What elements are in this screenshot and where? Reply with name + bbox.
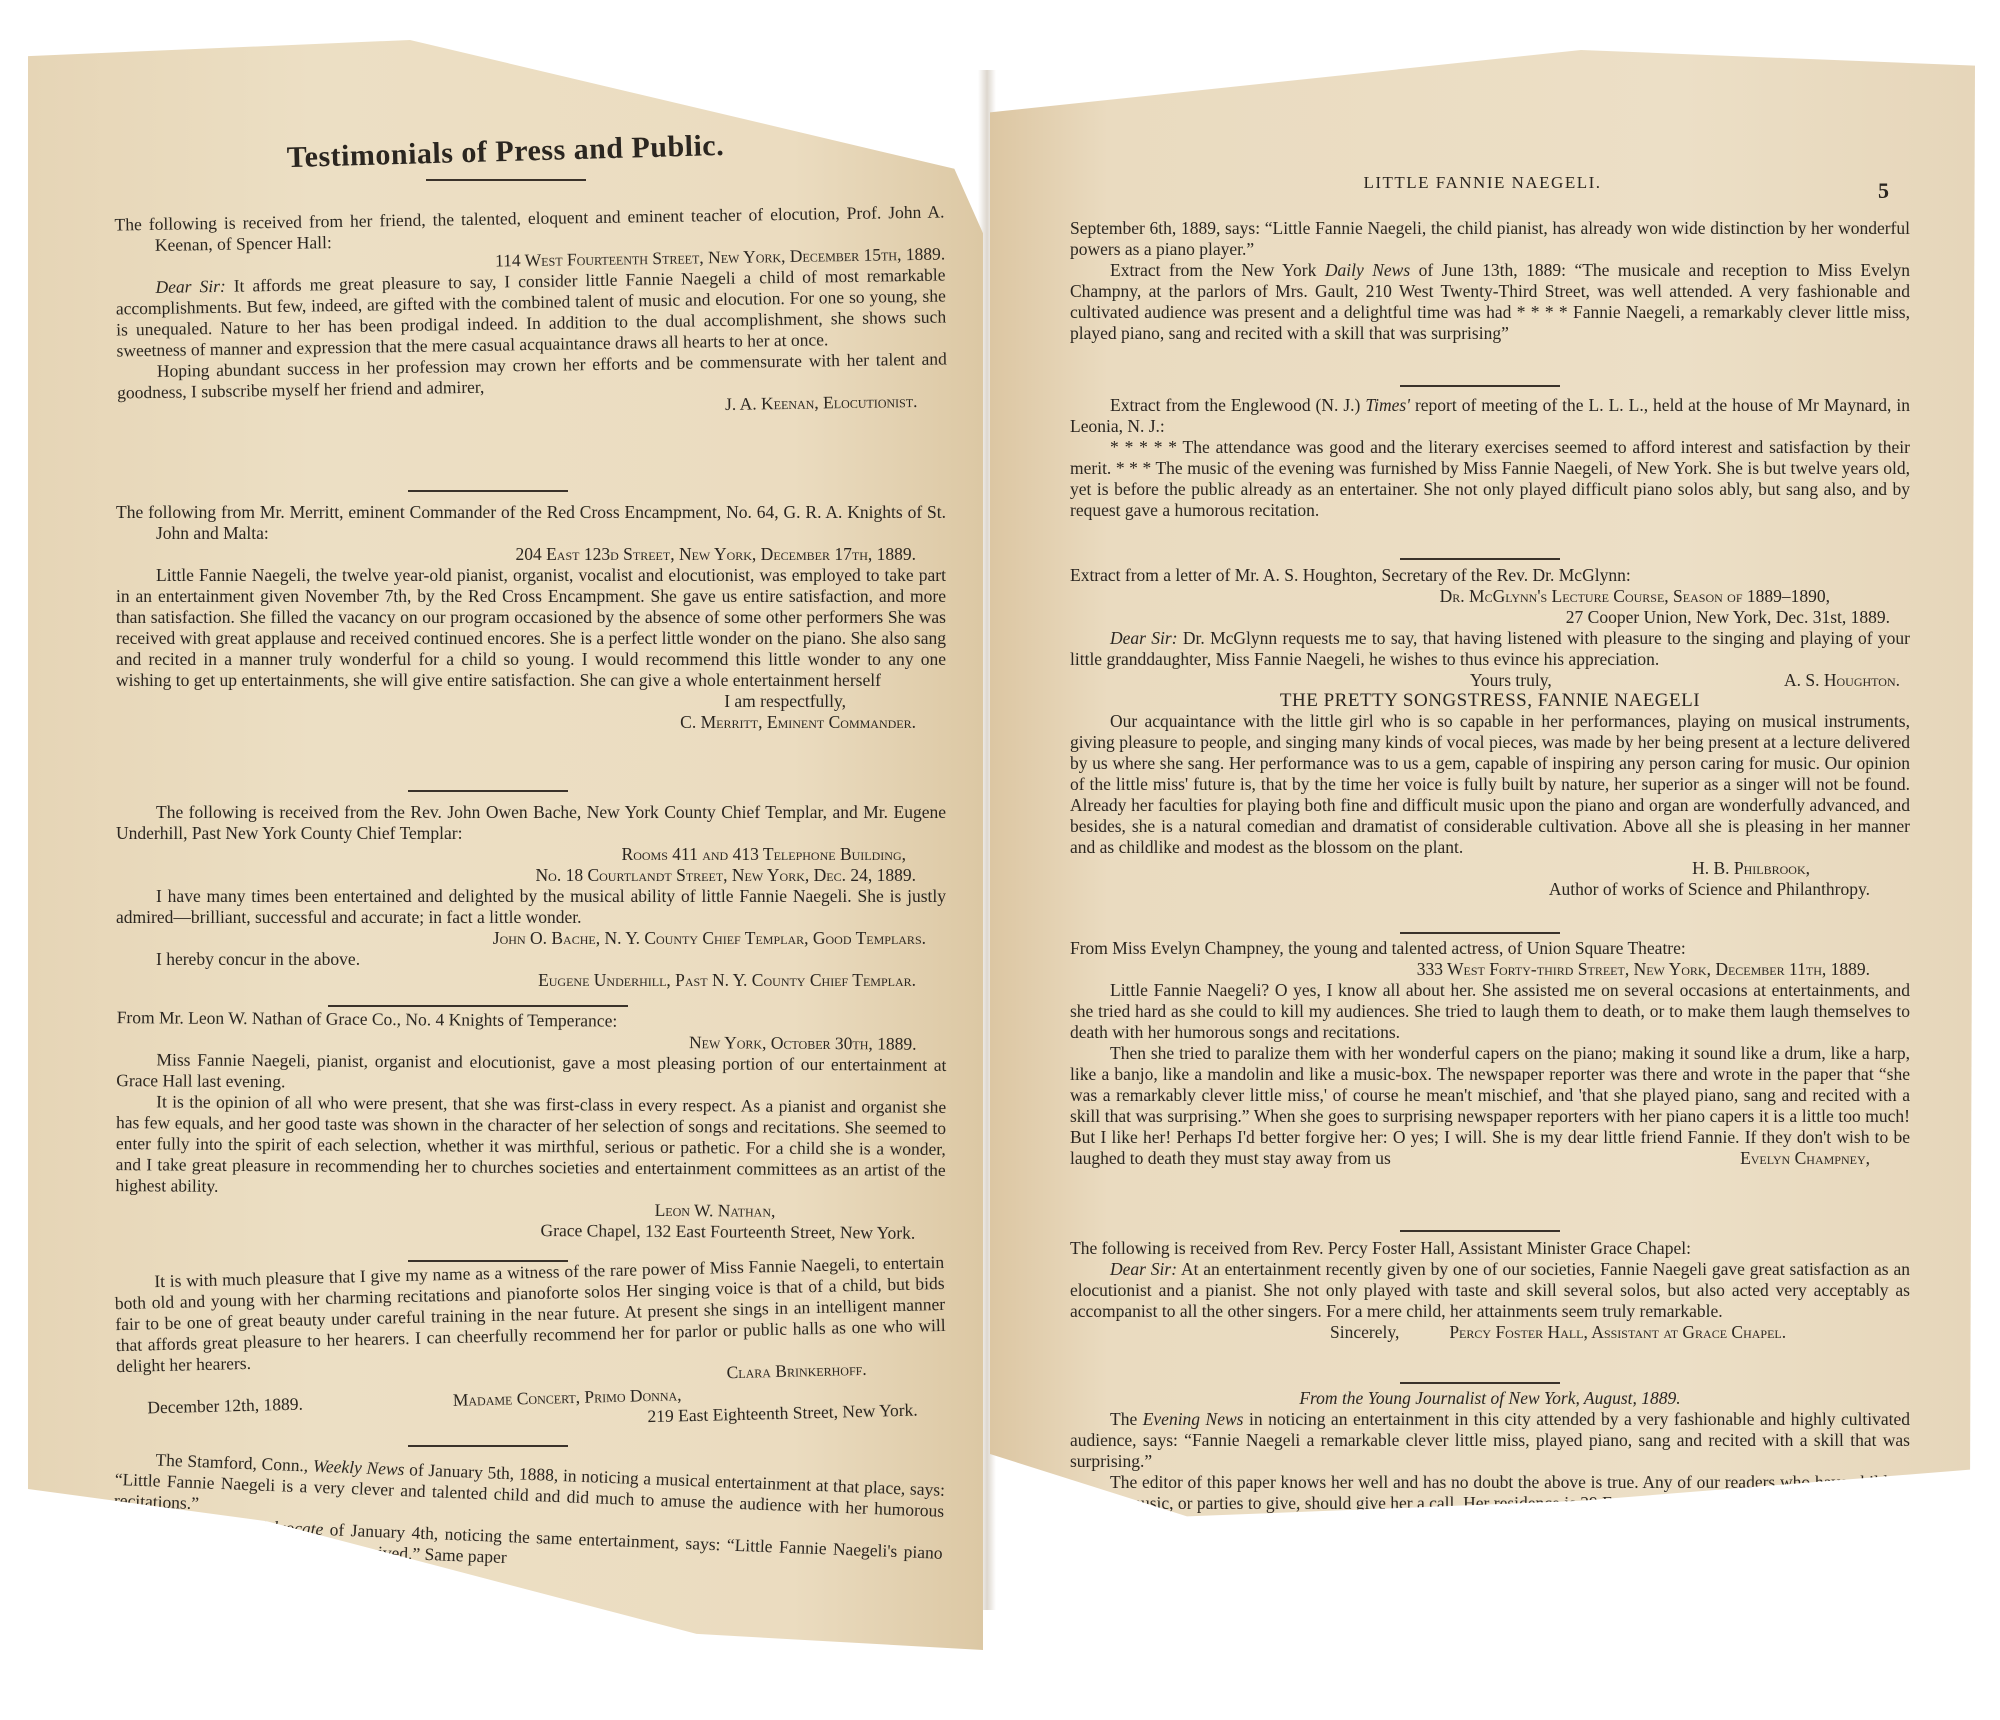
newspaper-name: Weekly News	[313, 1456, 405, 1479]
testimonial-body: Miss Fannie Naegeli, pianist, organist a…	[116, 1049, 946, 1097]
article-body: The	[1110, 1409, 1137, 1429]
divider	[1400, 558, 1560, 560]
testimonial-body: September 6th, 1889, says: “Little Fanni…	[1070, 218, 1910, 260]
article-body: Our acquaintance with the little girl wh…	[1070, 711, 1910, 858]
article-heading: From the Young Journalist of New York, A…	[1070, 1388, 1910, 1409]
closing: Yours truly,	[1470, 670, 1552, 690]
running-head: LITTLE FANNIE NAEGELI.	[990, 173, 1975, 193]
testimonial-champney: From Miss Evelyn Champney, the young and…	[1070, 938, 1910, 1169]
signature: Percy Foster Hall, Assistant at Grace Ch…	[1449, 1322, 1786, 1342]
article-heading: THE PRETTY SONGSTRESS, FANNIE NAEGELI	[1070, 690, 1910, 711]
testimonial-address: 27 Cooper Union, New York, Dec. 31st, 18…	[1070, 607, 1910, 628]
testimonial-nathan: From Mr. Leon W. Nathan of Grace Co., No…	[115, 1007, 947, 1244]
signature-address: Grace Chapel, 132 East Fourteenth Street…	[115, 1217, 945, 1244]
testimonial-keenan: The following is received from her frien…	[114, 201, 947, 424]
divider	[328, 1005, 628, 1007]
testimonial-intro: The following is received from the Rev. …	[116, 802, 946, 844]
divider	[408, 790, 568, 792]
right-page: LITTLE FANNIE NAEGELI. 5 September 6th, …	[990, 50, 1975, 1610]
testimonial-body: Little Fannie Naegeli, the twelve year-o…	[116, 565, 946, 691]
article-young-journalist: From the Young Journalist of New York, A…	[1070, 1388, 1910, 1514]
signature: A. S. Houghton.	[1784, 670, 1910, 691]
left-page: Testimonials of Press and Public. The fo…	[28, 40, 983, 1650]
salutation: Dear Sir:	[1110, 1259, 1177, 1279]
testimonial-bache: The following is received from the Rev. …	[116, 802, 946, 991]
testimonial-body: * * * * * The attendance was good and th…	[1070, 437, 1910, 521]
closing: Sincerely,	[1330, 1322, 1399, 1342]
testimonial-address: 204 East 123d Street, New York, December…	[116, 544, 946, 565]
testimonial-intro: The following from Mr. Merritt, eminent …	[116, 502, 946, 544]
testimonial-intro: The following is received from Rev. Perc…	[1070, 1238, 1910, 1259]
testimonial-body: It affords me great pleasure to say, I c…	[116, 264, 947, 360]
divider	[1400, 385, 1560, 387]
page-number: 5	[1878, 178, 1889, 204]
page-title: Testimonials of Press and Public.	[28, 122, 984, 183]
testimonial-daily-news: September 6th, 1889, says: “Little Fanni…	[1070, 218, 1910, 344]
divider	[408, 490, 568, 492]
testimonial-body: It is with much pleasure that I give my …	[114, 1252, 946, 1377]
testimonial-merritt: The following from Mr. Merritt, eminent …	[116, 502, 946, 733]
testimonial-body: Dr. McGlynn requests me to say, that hav…	[1070, 628, 1910, 669]
testimonial-houghton: Extract from a letter of Mr. A. S. Hough…	[1070, 565, 1910, 691]
testimonial-englewood: Extract from the Englewood (N. J.) Times…	[1070, 395, 1910, 521]
signature: C. Merritt, Eminent Commander.	[116, 712, 946, 733]
newspaper-name: Advocate	[258, 1517, 324, 1539]
signature-title: Author of works of Science and Philanthr…	[1070, 879, 1910, 900]
signature: Eugene Underhill, Past N. Y. County Chie…	[116, 970, 946, 991]
testimonial-address: 333 West Forty-third Street, New York, D…	[1070, 959, 1910, 980]
article-pretty-songstress: THE PRETTY SONGSTRESS, FANNIE NAEGELI Ou…	[1070, 690, 1910, 900]
testimonial-body: The Stamford	[153, 1512, 252, 1536]
testimonial-address: No. 18 Courtlandt Street, New York, Dec.…	[116, 865, 946, 886]
testimonial-intro: Extract from the Englewood (N. J.)	[1110, 395, 1360, 415]
testimonial-date: December 12th, 1889.	[147, 1394, 303, 1418]
signature: John O. Bache, N. Y. County Chief Templa…	[116, 928, 946, 949]
page-title-block: Testimonials of Press and Public.	[28, 135, 983, 195]
divider	[1400, 932, 1560, 934]
testimonial-body: I have many times been entertained and d…	[116, 886, 946, 928]
divider	[426, 179, 586, 181]
testimonial-hall: The following is received from Rev. Perc…	[1070, 1238, 1910, 1343]
testimonial-body: Little Fannie Naegeli? O yes, I know all…	[1070, 980, 1910, 1043]
testimonial-body: I hereby concur in the above.	[116, 949, 946, 970]
testimonial-stamford: The Stamford, Conn., Weekly News of Janu…	[112, 1448, 945, 1585]
article-body: The editor of this paper knows her well …	[1070, 1472, 1910, 1514]
testimonial-address: Rooms 411 and 413 Telephone Building,	[116, 844, 946, 865]
newspaper-name: Daily News	[1325, 260, 1410, 280]
testimonial-intro: From Miss Evelyn Champney, the young and…	[1070, 938, 1910, 959]
testimonial-address: Dr. McGlynn's Lecture Course, Season of …	[1070, 586, 1910, 607]
testimonial-intro: Extract from a letter of Mr. A. S. Hough…	[1070, 565, 1910, 586]
testimonial-body: It is the opinion of all who were presen…	[115, 1091, 946, 1202]
salutation: Dear Sir:	[155, 276, 226, 297]
closing: I am respectfully,	[116, 691, 946, 712]
divider	[1400, 1382, 1560, 1384]
salutation: Dear Sir:	[1110, 628, 1178, 648]
testimonial-brinkerhoff: It is with much pleasure that I give my …	[114, 1252, 948, 1440]
testimonial-body: Extract from the New York	[1110, 260, 1316, 280]
divider	[408, 1445, 568, 1447]
testimonial-body: At an entertainment recently given by on…	[1070, 1259, 1910, 1321]
divider	[1400, 1230, 1560, 1232]
newspaper-name: Evening News	[1143, 1409, 1244, 1429]
signature: H. B. Philbrook,	[1070, 858, 1910, 879]
newspaper-name: Times'	[1365, 395, 1410, 415]
